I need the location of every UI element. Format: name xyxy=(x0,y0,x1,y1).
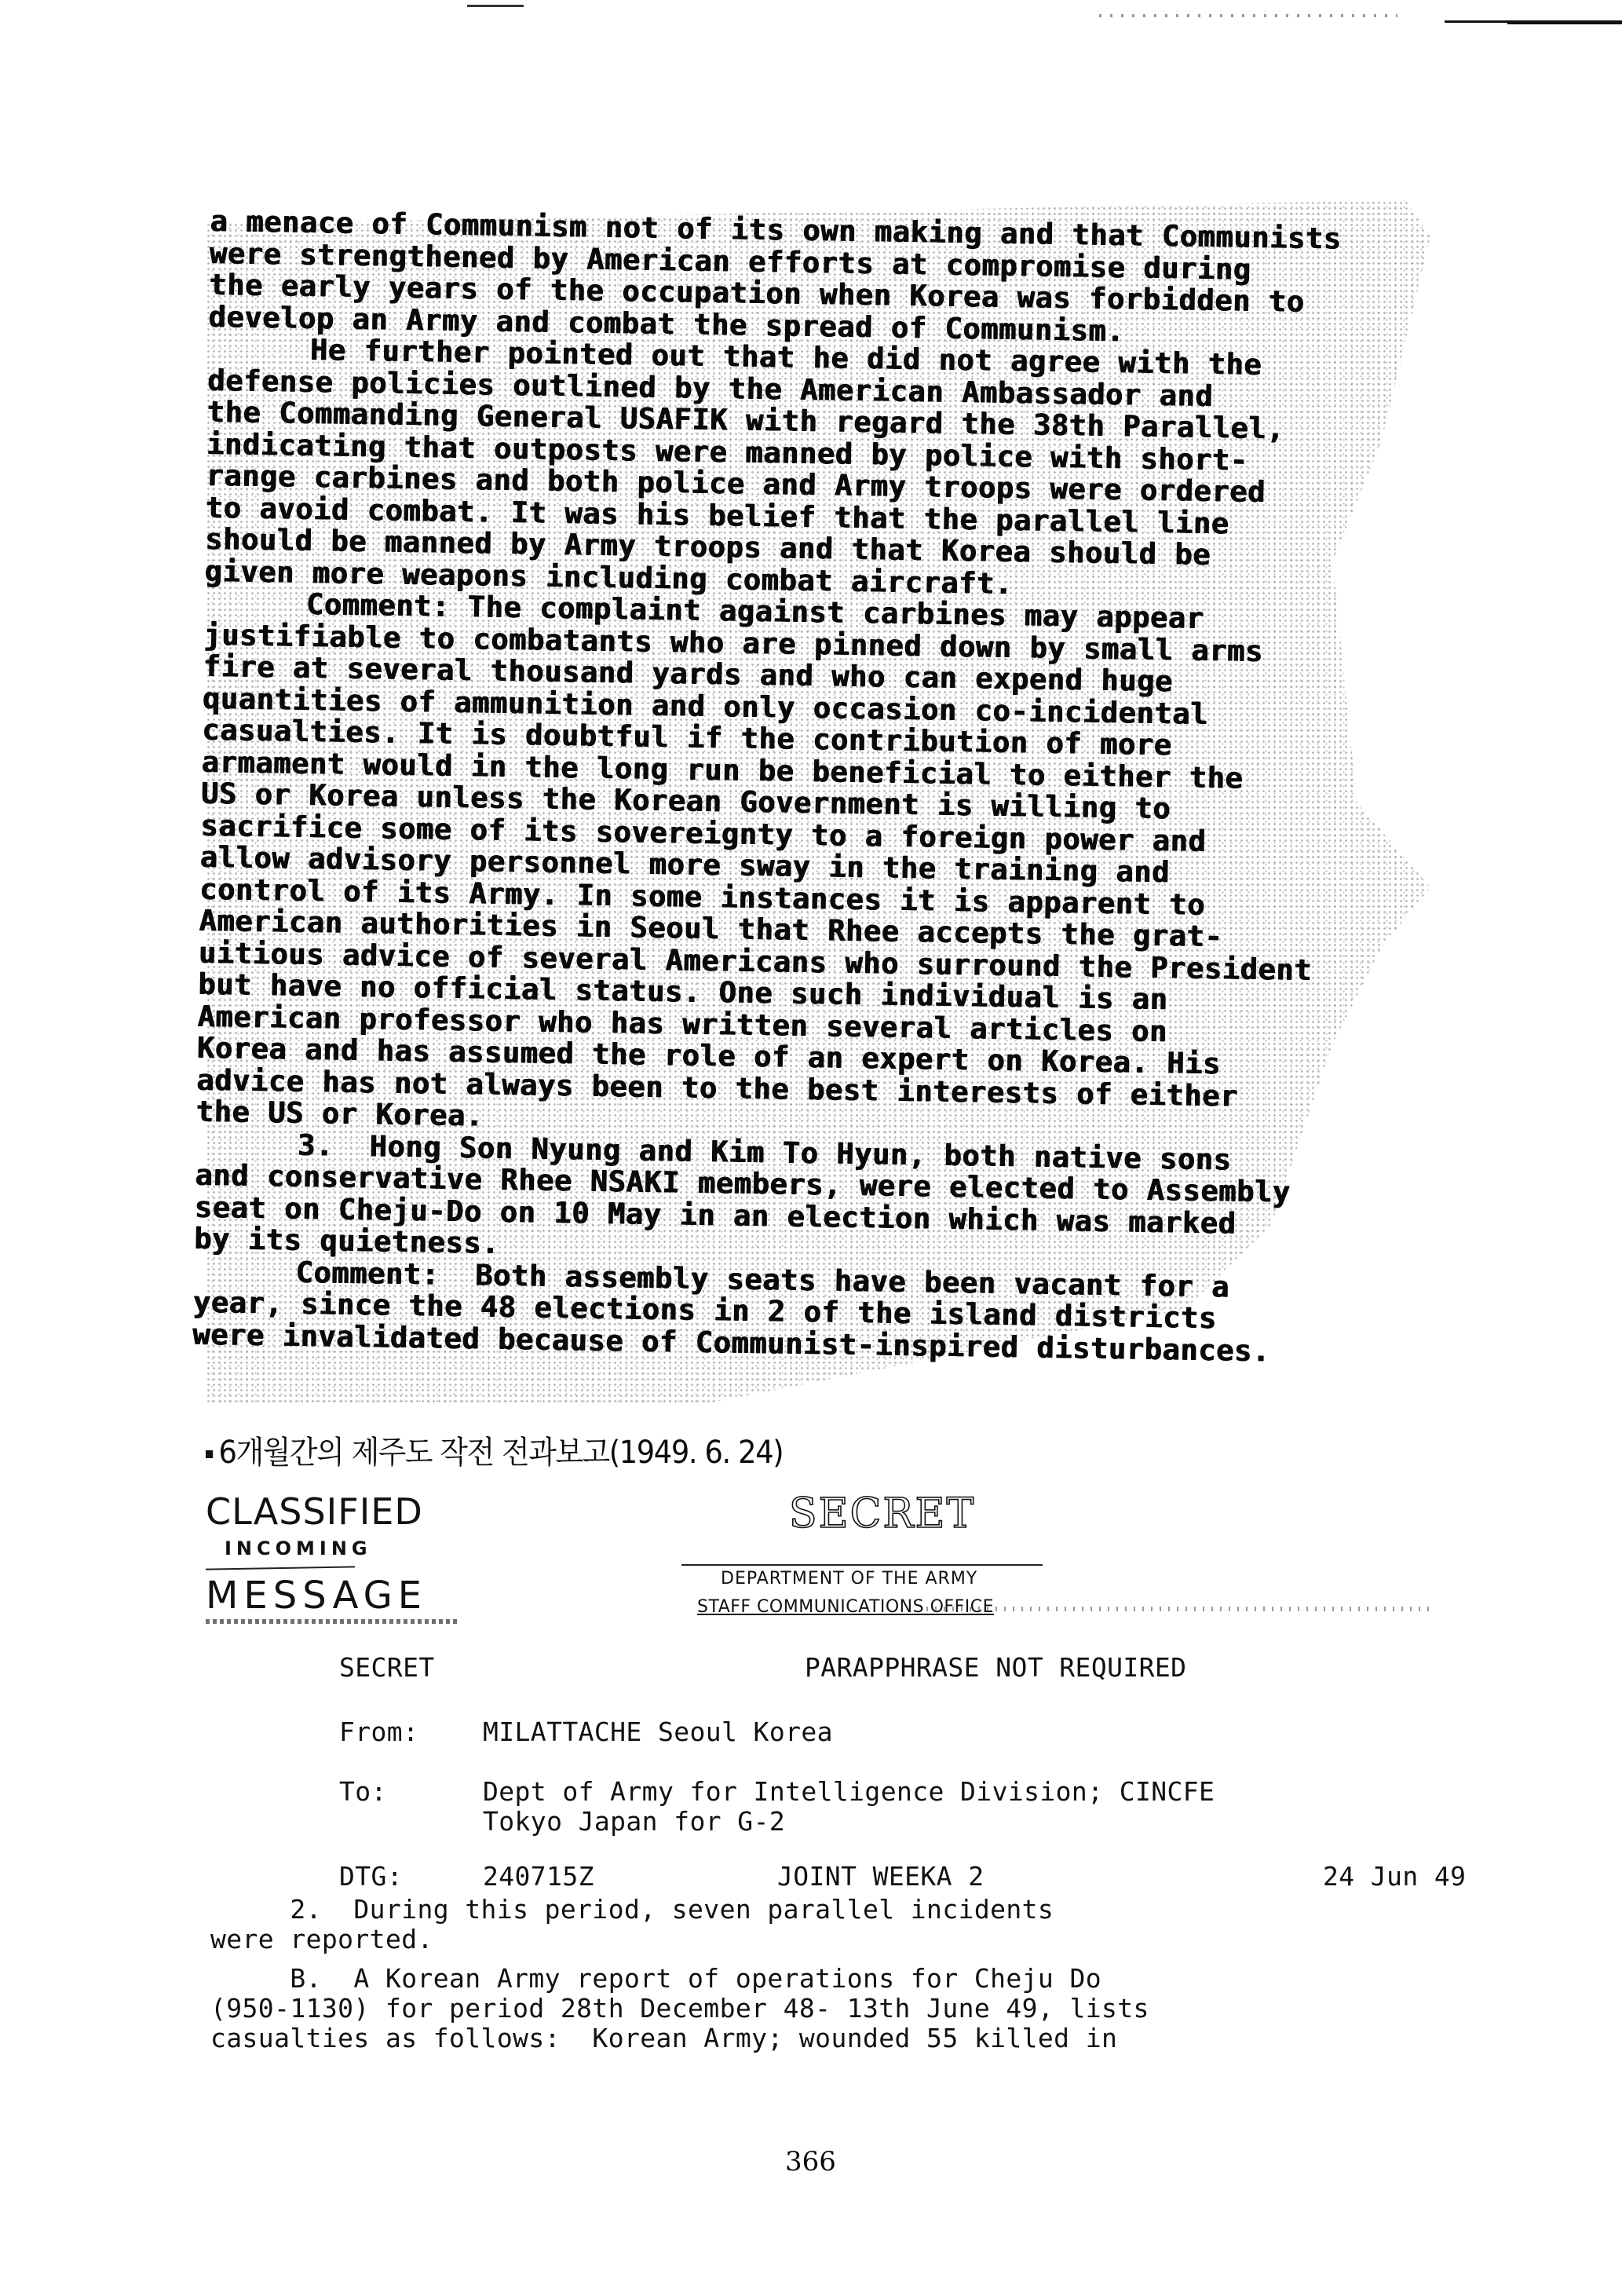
caption-text: 6개월간의 제주도 작전 전과보고(1949. 6. 24) xyxy=(219,1435,784,1471)
message-date: 24 Jun 49 xyxy=(1323,1861,1466,1892)
message-classification: SECRET xyxy=(339,1652,435,1683)
document-caption: 6개월간의 제주도 작전 전과보고(1949. 6. 24) xyxy=(206,1428,783,1472)
bullet-icon xyxy=(206,1450,213,1458)
message-body-line: 2. During this period, seven parallel in… xyxy=(210,1894,1054,1925)
to-label: To: xyxy=(339,1776,387,1807)
to-value-line-2: Tokyo Japan for G-2 xyxy=(483,1806,785,1837)
incoming-label: INCOMING xyxy=(225,1537,372,1559)
page-number: 366 xyxy=(785,2146,836,2177)
divider xyxy=(206,1619,457,1624)
dtg-label: DTG: xyxy=(339,1861,403,1892)
message-stamp: MESSAGE xyxy=(206,1574,427,1618)
message-body-line: B. A Korean Army report of operations fo… xyxy=(210,1963,1101,1994)
from-value: MILATTACHE Seoul Korea xyxy=(483,1717,833,1747)
scan-artifact xyxy=(1099,14,1397,17)
paraphrase-note: PARAPPHRASE NOT REQUIRED xyxy=(805,1652,1186,1683)
message-body-line: casualties as follows: Korean Army; woun… xyxy=(210,2023,1117,2053)
dtg-value: 240715Z xyxy=(483,1861,594,1892)
department-label: DEPARTMENT OF THE ARMY xyxy=(721,1569,977,1589)
scan-artifact xyxy=(1507,23,1622,24)
from-label: From: xyxy=(339,1717,418,1747)
scan-artifact xyxy=(467,5,524,7)
scan-artifact xyxy=(926,1607,1429,1611)
divider xyxy=(206,1566,355,1570)
secret-stamp: SECRET xyxy=(789,1490,975,1537)
message-subject: JOINT WEEKA 2 xyxy=(777,1861,984,1892)
to-value-line-1: Dept of Army for Intelligence Division; … xyxy=(483,1776,1215,1807)
message-body-line: were reported. xyxy=(210,1924,433,1954)
typed-report-text: a menace of Communism not of its own mak… xyxy=(192,206,1467,1370)
classified-stamp: CLASSIFIED xyxy=(206,1490,423,1533)
divider xyxy=(681,1564,1043,1566)
message-body-line: (950-1130) for period 28th December 48- … xyxy=(210,1993,1149,2024)
